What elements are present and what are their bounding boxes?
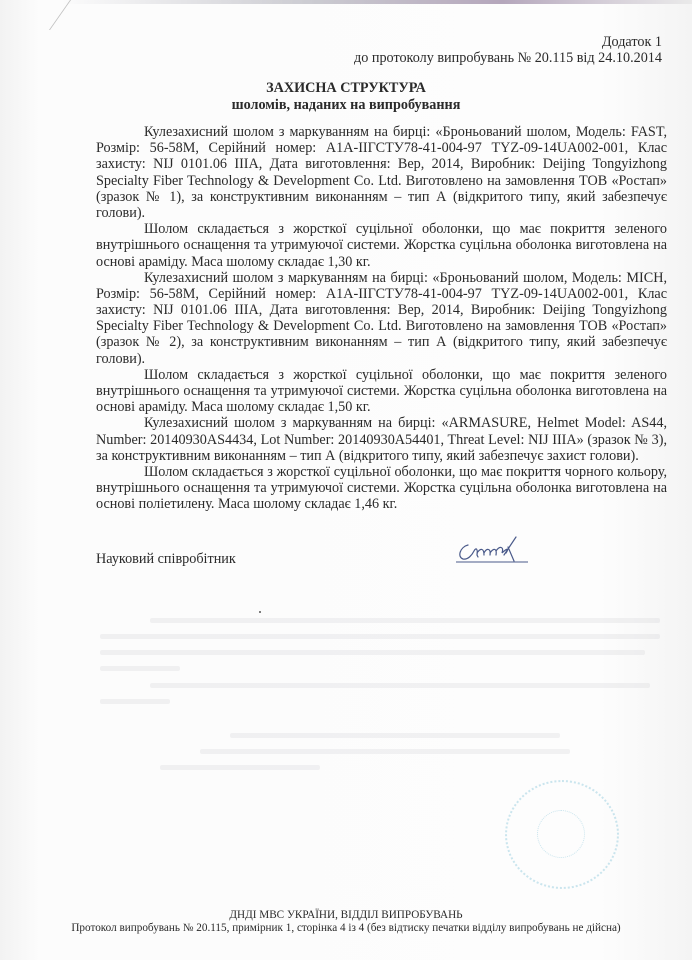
text-line: внутрішнього оснащення та утримуючої сис… <box>96 383 667 399</box>
scan-corner-fold <box>9 0 71 30</box>
signatory-title: Науковий співробітник <box>96 551 236 568</box>
text-line: Шолом складається з жорсткої суцільної о… <box>96 464 667 480</box>
document-title: ЗАХИСНА СТРУКТУРА шоломів, наданих на ви… <box>0 80 692 114</box>
text-line: Кулезахисний шолом з маркуванням на бирц… <box>96 415 667 431</box>
text-line: голови). <box>96 205 667 221</box>
text-line: захисту: NIJ 0101.06 IIIA, Дата виготовл… <box>96 302 667 318</box>
text-line: за конструктивним виконанням – тип А (ві… <box>96 448 667 464</box>
text-line: захисту: NIJ 0101.06 IIIA, Дата виготовл… <box>96 156 667 172</box>
signature-block: Науковий співробітник <box>96 551 667 581</box>
text-line: Кулезахисний шолом з маркуванням на бирц… <box>96 124 667 140</box>
text-line: Шолом складається з жорсткої суцільної о… <box>96 367 667 383</box>
text-line: внутрішнього оснащення та утримуючої сис… <box>96 237 667 253</box>
text-line: основі поліетилену. Маса шолому складає … <box>96 496 667 512</box>
text-line: Specialty Fiber Technology & Development… <box>96 173 667 189</box>
text-line: голови). <box>96 351 667 367</box>
text-line: Number: 20140930AS4434, Lot Number: 2014… <box>96 432 667 448</box>
page-footer: ДНДІ МВС УКРАЇНИ, ВІДДІЛ ВИПРОБУВАНЬ Про… <box>0 909 692 935</box>
title-main: ЗАХИСНА СТРУКТУРА <box>0 80 692 97</box>
text-line: (зразок № 2), за конструктивним виконанн… <box>96 334 667 350</box>
footer-organization: ДНДІ МВС УКРАЇНИ, ВІДДІЛ ВИПРОБУВАНЬ <box>0 909 692 922</box>
text-line: Кулезахисний шолом з маркуванням на бирц… <box>96 270 667 286</box>
document-page: Додаток 1 до протоколу випробувань № 20.… <box>0 0 692 960</box>
title-sub: шоломів, наданих на випробування <box>0 97 692 114</box>
paragraph-sample-2-description: Кулезахисний шолом з маркуванням на бирц… <box>96 270 667 367</box>
annex-header: Додаток 1 до протоколу випробувань № 20.… <box>354 34 662 66</box>
text-line: Specialty Fiber Technology & Development… <box>96 318 667 334</box>
handwritten-signature-icon <box>454 535 549 569</box>
text-line: основі араміду. Маса шолому складає 1,30… <box>96 254 667 270</box>
text-line: (зразок № 1), за конструктивним виконанн… <box>96 189 667 205</box>
scan-speck <box>259 611 261 613</box>
official-stamp <box>505 780 619 889</box>
stamp-center <box>537 810 585 858</box>
paragraph-sample-3-structure: Шолом складається з жорсткої суцільної о… <box>96 464 667 513</box>
text-line: внутрішнього оснащення та утримуючої сис… <box>96 480 667 496</box>
document-body: Кулезахисний шолом з маркуванням на бирц… <box>96 124 667 513</box>
annex-number: Додаток 1 <box>354 34 662 50</box>
paragraph-sample-1-structure: Шолом складається з жорсткої суцільної о… <box>96 221 667 270</box>
paragraph-sample-2-structure: Шолом складається з жорсткої суцільної о… <box>96 367 667 416</box>
paragraph-sample-1-description: Кулезахисний шолом з маркуванням на бирц… <box>96 124 667 221</box>
text-line: Розмір: 56-58M, Серійний номер: A1A-ІІГС… <box>96 286 667 302</box>
footer-protocol-note: Протокол випробувань № 20.115, примірник… <box>0 922 692 935</box>
text-line: Шолом складається з жорсткої суцільної о… <box>96 221 667 237</box>
annex-protocol-ref: до протоколу випробувань № 20.115 від 24… <box>354 50 662 66</box>
text-line: основі араміду. Маса шолому складає 1,50… <box>96 399 667 415</box>
text-line: Розмір: 56-58M, Серійний номер: A1A-ІІГС… <box>96 140 667 156</box>
scan-top-edge <box>60 0 692 4</box>
paragraph-sample-3-description: Кулезахисний шолом з маркуванням на бирц… <box>96 415 667 464</box>
